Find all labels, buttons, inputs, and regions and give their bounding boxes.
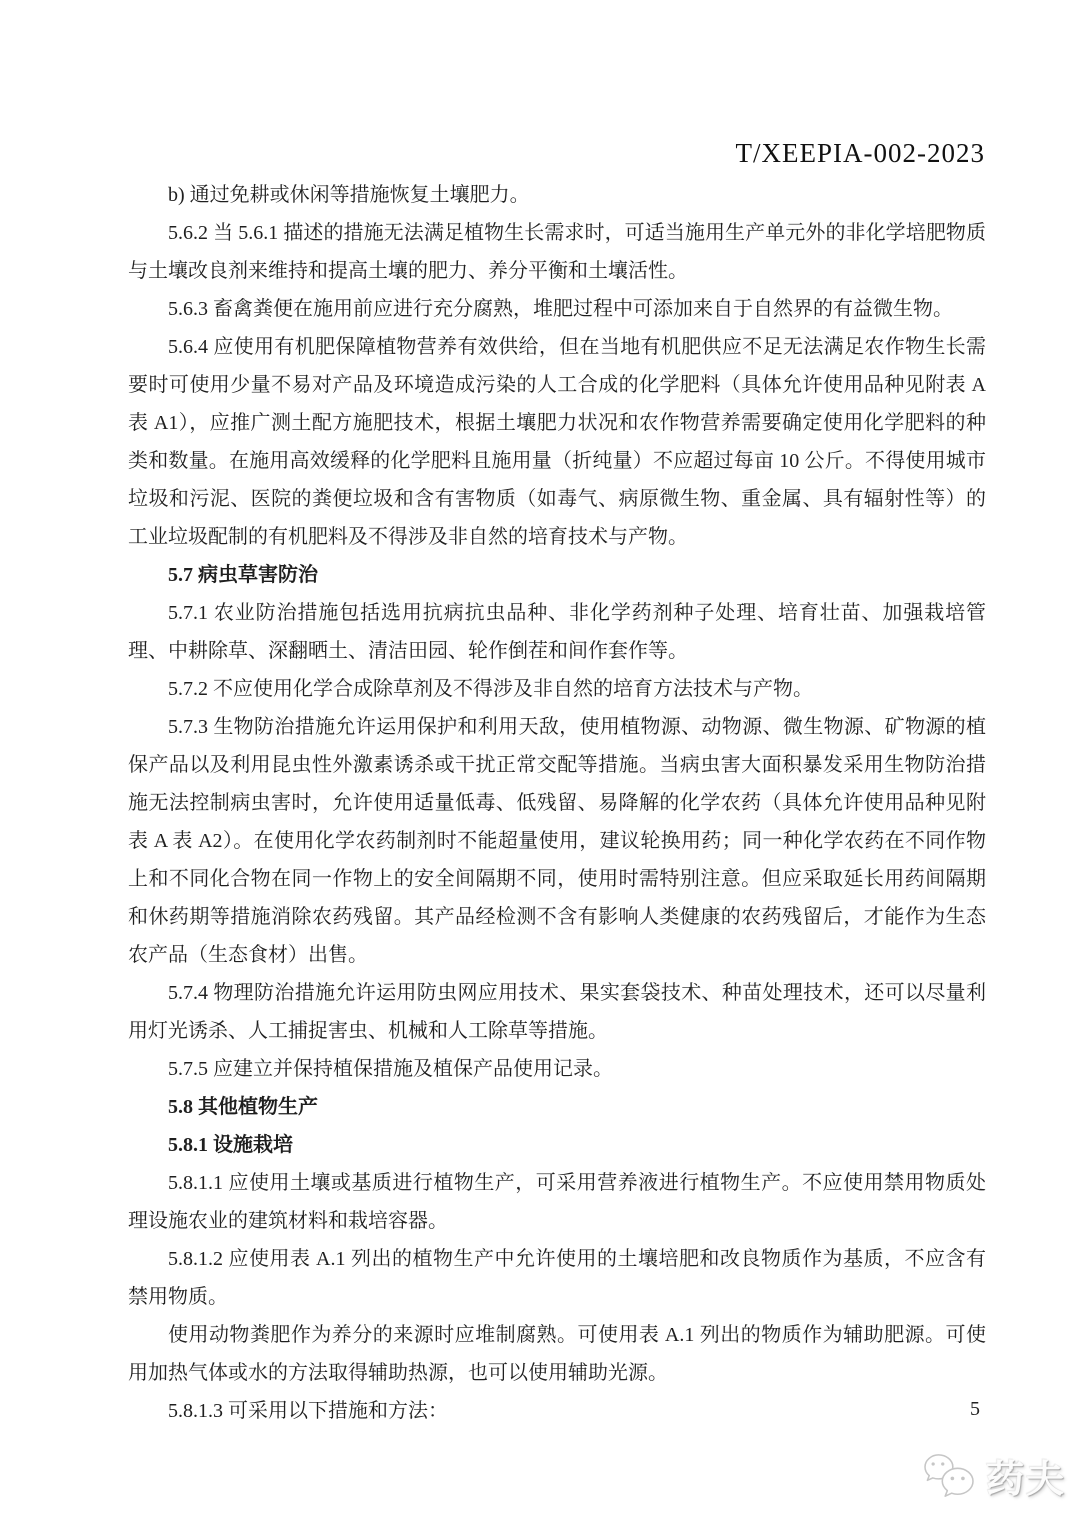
clause-5-7-4: 5.7.4 物理防治措施允许运用防虫网应用技术、果实套袋技术、种苗处理技术，还可… (128, 974, 986, 1050)
clause-5-7-2: 5.7.2 不应使用化学合成除草剂及不得涉及非自然的培育方法技术与产物。 (128, 670, 986, 708)
clause-5-7-1: 5.7.1 农业防治措施包括选用抗病抗虫品种、非化学药剂种子处理、培育壮苗、加强… (128, 594, 986, 670)
document-header: T/XEEPIA-002-2023 (128, 138, 985, 169)
clause-5-7-3: 5.7.3 生物防治措施允许运用保护和利用天敌，使用植物源、动物源、微生物源、矿… (128, 708, 986, 974)
clause-5-8-1-2: 5.8.1.2 应使用表 A.1 列出的植物生产中允许使用的土壤培肥和改良物质作… (128, 1240, 986, 1316)
document-body: b) 通过免耕或休闲等措施恢复土壤肥力。 5.6.2 当 5.6.1 描述的措施… (128, 176, 986, 1430)
clause-5-6-3: 5.6.3 畜禽粪便在施用前应进行充分腐熟，堆肥过程中可添加来自于自然界的有益微… (128, 290, 986, 328)
list-item-b: b) 通过免耕或休闲等措施恢复土壤肥力。 (128, 176, 986, 214)
watermark-label: 药夫 (986, 1448, 1066, 1503)
doc-number: T/XEEPIA-002-2023 (736, 138, 985, 168)
clause-5-8-1-3: 5.8.1.3 可采用以下措施和方法： (128, 1392, 986, 1430)
clause-5-6-2: 5.6.2 当 5.6.1 描述的措施无法满足植物生长需求时，可适当施用生产单元… (128, 214, 986, 290)
heading-5-8-1: 5.8.1 设施栽培 (128, 1126, 986, 1164)
clause-5-7-5: 5.7.5 应建立并保持植保措施及植保产品使用记录。 (128, 1050, 986, 1088)
page-number: 5 (970, 1398, 980, 1421)
heading-5-8: 5.8 其他植物生产 (128, 1088, 986, 1126)
document-page: T/XEEPIA-002-2023 b) 通过免耕或休闲等措施恢复土壤肥力。 5… (0, 0, 1080, 1527)
wechat-icon (920, 1452, 978, 1500)
watermark: 药夫 (920, 1448, 1066, 1503)
clause-5-8-1-2-continued: 使用动物粪肥作为养分的来源时应堆制腐熟。可使用表 A.1 列出的物质作为辅助肥源… (128, 1316, 986, 1392)
clause-5-8-1-1: 5.8.1.1 应使用土壤或基质进行植物生产，可采用营养液进行植物生产。不应使用… (128, 1164, 986, 1240)
heading-5-7: 5.7 病虫草害防治 (128, 556, 986, 594)
clause-5-6-4: 5.6.4 应使用有机肥保障植物营养有效供给，但在当地有机肥供应不足无法满足农作… (128, 328, 986, 556)
